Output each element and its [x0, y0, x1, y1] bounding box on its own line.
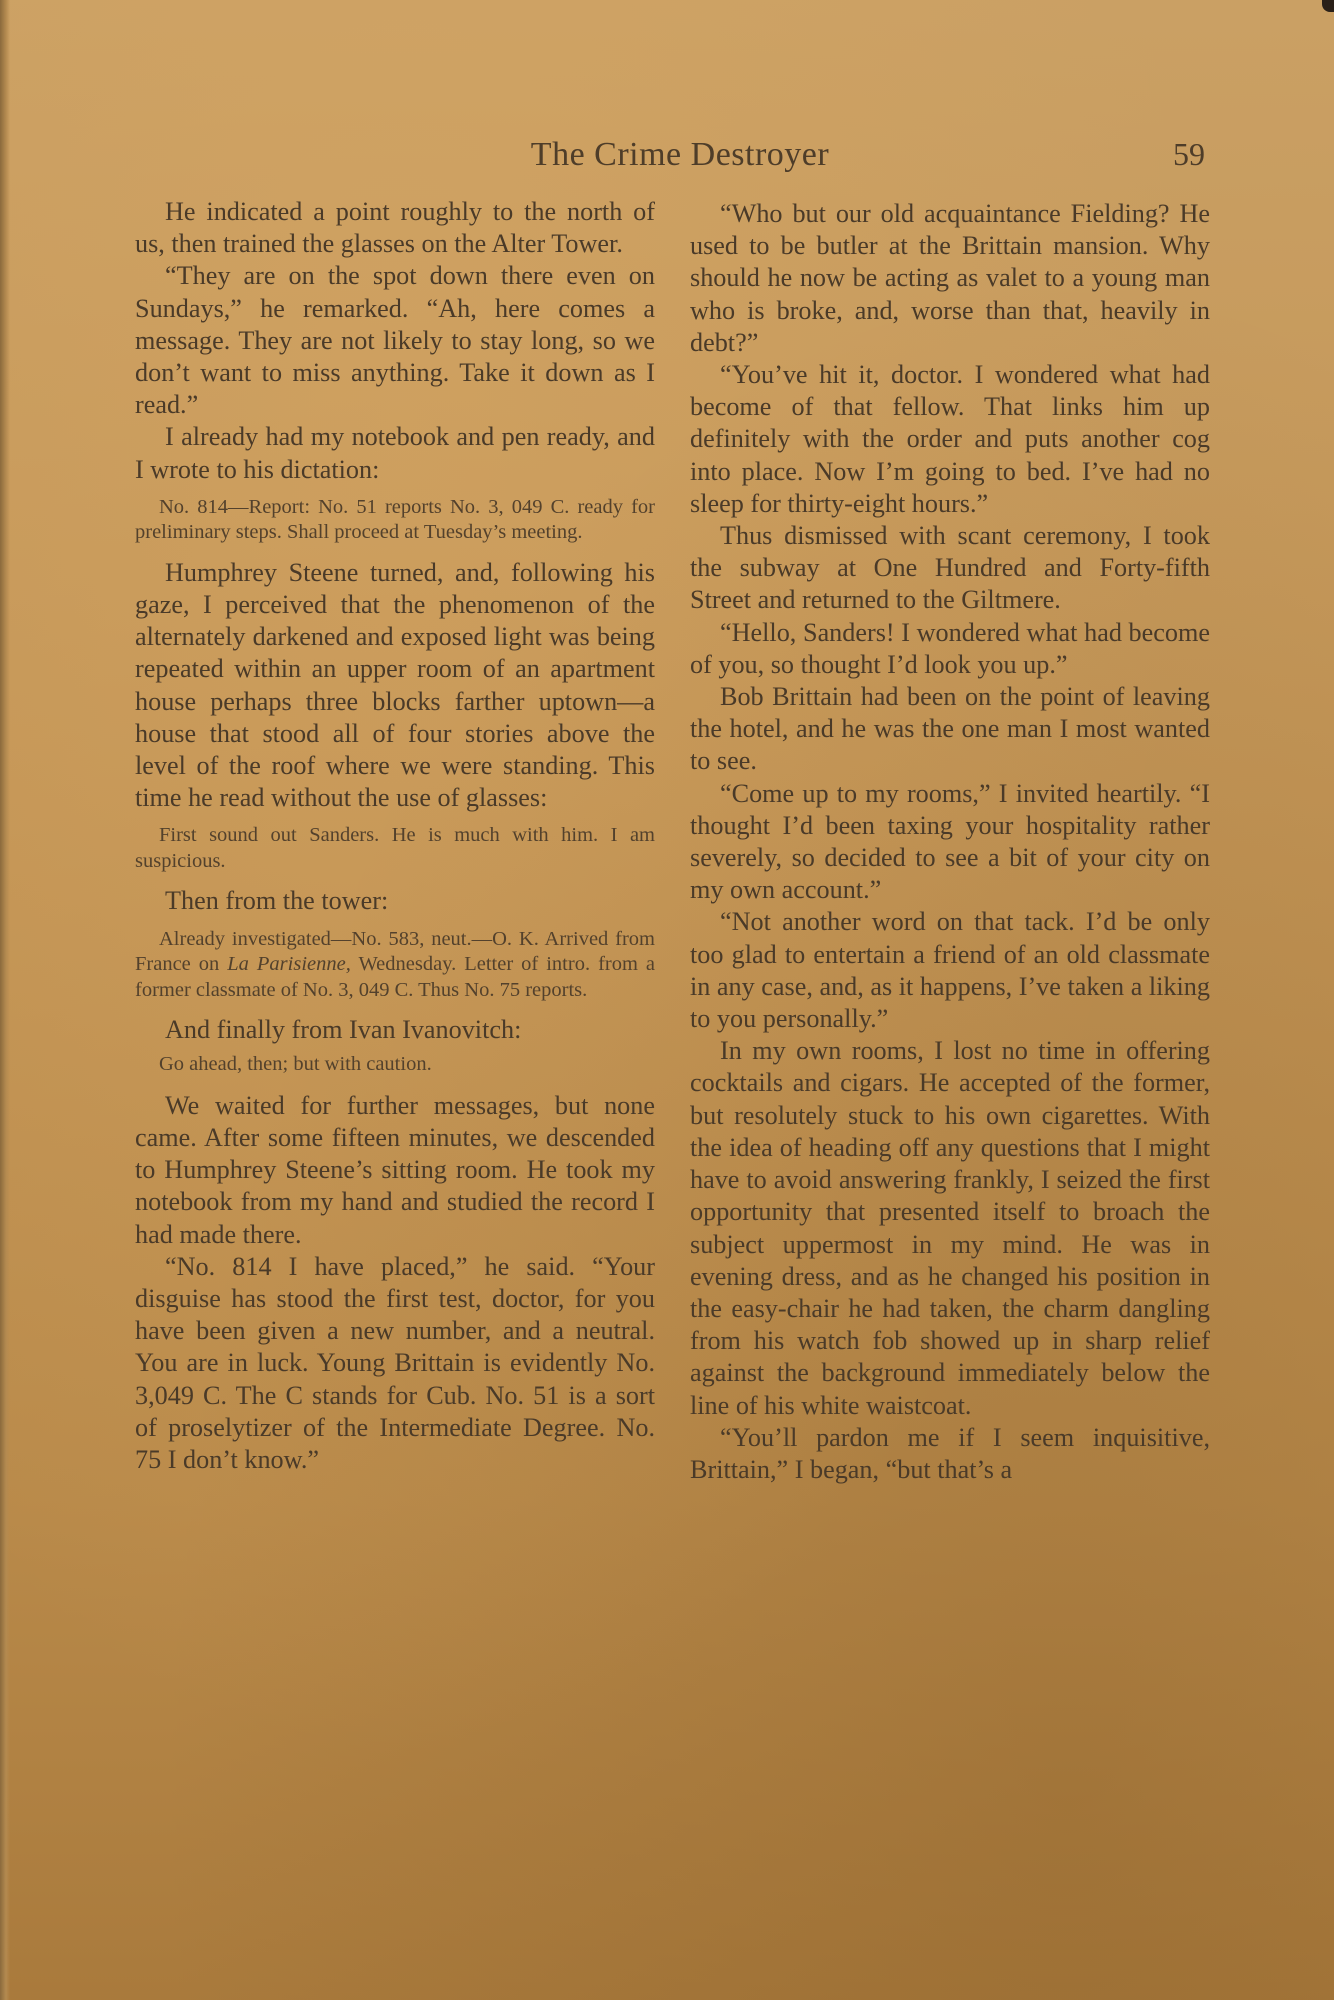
paragraph: In my own rooms, I lost no time in offer…	[690, 1035, 1210, 1421]
paragraph: “You’ll pardon me if I seem inquisi­tive…	[690, 1422, 1210, 1486]
signal-message: First sound out Sanders. He is much with…	[135, 823, 655, 874]
page-edge-shadow	[0, 0, 10, 2000]
paragraph: “Who but our old acquaintance Fielding? …	[690, 198, 1210, 359]
left-column: He indicated a point roughly to the nort…	[135, 196, 655, 1476]
corner-shadow	[1322, 0, 1334, 12]
signal-message: Go ahead, then; but with caution.	[135, 1052, 655, 1078]
paragraph: We waited for further messages, but none…	[135, 1090, 655, 1251]
running-title: The Crime Destroyer	[135, 136, 1225, 174]
paragraph: Humphrey Steene turned, and, fol­lowing …	[135, 557, 655, 815]
paragraph: “No. 814 I have placed,” he said. “Your …	[135, 1251, 655, 1476]
paragraph: He indicated a point roughly to the nort…	[135, 196, 655, 260]
right-column: “Who but our old acquaintance Fielding? …	[690, 198, 1210, 1486]
paragraph: And finally from Ivan Ivanovitch:	[135, 1014, 655, 1046]
paragraph: “They are on the spot down there even on…	[135, 260, 655, 421]
ship-name: La Parisienne,	[227, 953, 351, 975]
paragraph: “Hello, Sanders! I wondered what had bec…	[690, 617, 1210, 681]
paragraph: Bob Brittain had been on the point of le…	[690, 681, 1210, 778]
paragraph: “You’ve hit it, doctor. I wondered what …	[690, 359, 1210, 520]
signal-message: No. 814—Report: No. 51 reports No. 3, 04…	[135, 495, 655, 546]
paragraph: “Not another word on that tack. I’d be o…	[690, 906, 1210, 1035]
page-number: 59	[1173, 136, 1205, 173]
signal-message: Already investigated—No. 583, neut.—O. K…	[135, 927, 655, 1004]
paragraph: Then from the tower:	[135, 885, 655, 917]
paragraph: Thus dismissed with scant ceremony, I to…	[690, 520, 1210, 617]
paragraph: I already had my notebook and pen ready,…	[135, 421, 655, 485]
running-header: The Crime Destroyer 59	[135, 136, 1225, 176]
paragraph: “Come up to my rooms,” I invited heartil…	[690, 778, 1210, 907]
